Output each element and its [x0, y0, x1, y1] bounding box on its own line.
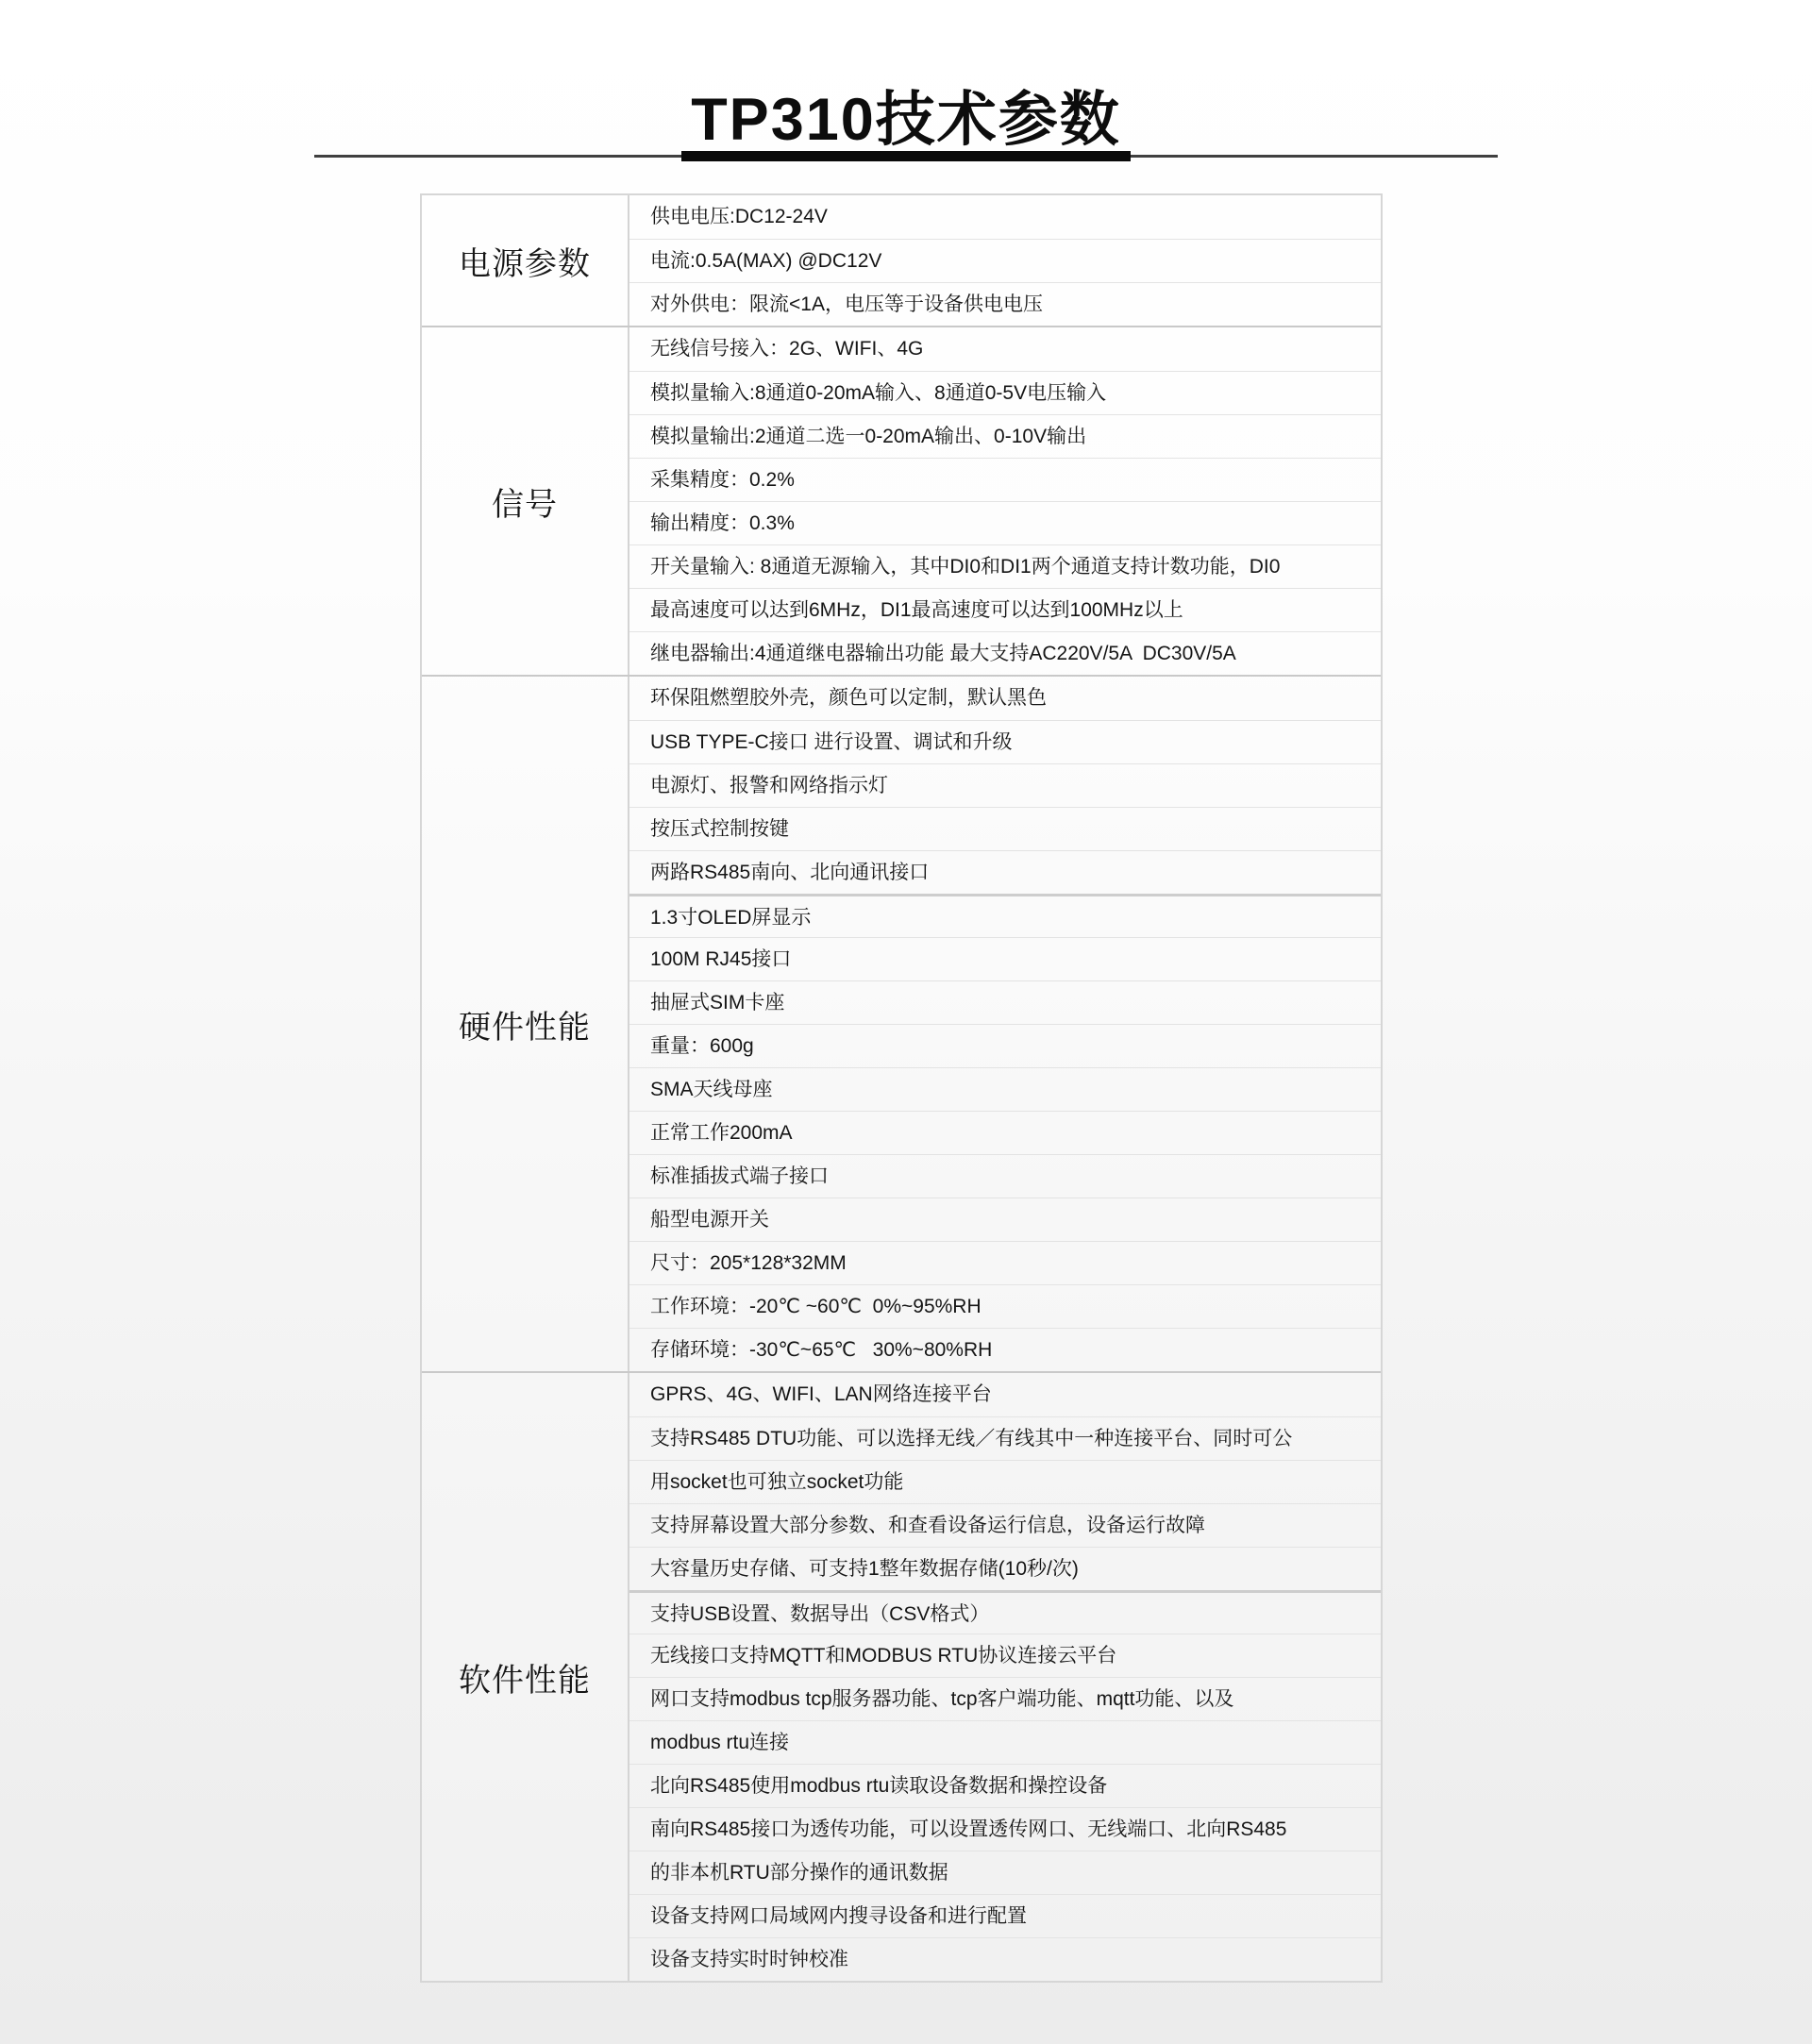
section-label: 硬件性能 — [422, 677, 629, 1371]
table-row: 大容量历史存储、可支持1整年数据存储(10秒/次) — [629, 1547, 1381, 1590]
table-row: 开关量输入: 8通道无源输入，其中DI0和DI1两个通道支持计数功能，DI0 — [629, 545, 1381, 588]
table-row: 模拟量输出:2通道二选一0-20mA输出、0-10V输出 — [629, 414, 1381, 458]
table-row: 标准插拔式端子接口 — [629, 1154, 1381, 1198]
table-row: USB TYPE-C接口 进行设置、调试和升级 — [629, 720, 1381, 763]
table-row: 最高速度可以达到6MHz，DI1最高速度可以达到100MHz以上 — [629, 588, 1381, 631]
table-row: 1.3寸OLED屏显示 — [629, 894, 1381, 937]
table-row: 无线信号接入：2G、WIFI、4G — [629, 327, 1381, 371]
spec-section: 电源参数供电电压:DC12-24V电流:0.5A(MAX) @DC12V对外供电… — [422, 195, 1381, 326]
divider-thick-bar — [681, 151, 1131, 161]
table-row: 继电器输出:4通道继电器输出功能 最大支持AC220V/5A DC30V/5A — [629, 631, 1381, 675]
table-row: modbus rtu连接 — [629, 1720, 1381, 1764]
table-row: SMA天线母座 — [629, 1067, 1381, 1111]
table-row: 对外供电：限流<1A，电压等于设备供电电压 — [629, 282, 1381, 326]
table-row: 存储环境：-30℃~65℃ 30%~80%RH — [629, 1328, 1381, 1371]
page-title: TP310技术参数 — [0, 72, 1812, 158]
table-row: 模拟量输入:8通道0-20mA输入、8通道0-5V电压输入 — [629, 371, 1381, 414]
section-rows: 环保阻燃塑胶外壳，颜色可以定制，默认黑色USB TYPE-C接口 进行设置、调试… — [629, 677, 1381, 1371]
spec-section: 软件性能GPRS、4G、WIFI、LAN网络连接平台支持RS485 DTU功能、… — [422, 1371, 1381, 1981]
section-rows: 无线信号接入：2G、WIFI、4G模拟量输入:8通道0-20mA输入、8通道0-… — [629, 327, 1381, 675]
table-row: 南向RS485接口为透传功能，可以设置透传网口、无线端口、北向RS485 — [629, 1807, 1381, 1851]
section-label: 电源参数 — [422, 195, 629, 326]
table-row: 北向RS485使用modbus rtu读取设备数据和操控设备 — [629, 1764, 1381, 1807]
title-divider — [0, 151, 1812, 162]
table-row: 抽屉式SIM卡座 — [629, 980, 1381, 1024]
table-row: 设备支持实时时钟校准 — [629, 1937, 1381, 1981]
spec-section: 硬件性能环保阻燃塑胶外壳，颜色可以定制，默认黑色USB TYPE-C接口 进行设… — [422, 675, 1381, 1371]
table-row: 电源灯、报警和网络指示灯 — [629, 763, 1381, 807]
table-row: 重量：600g — [629, 1024, 1381, 1067]
spec-section: 信号无线信号接入：2G、WIFI、4G模拟量输入:8通道0-20mA输入、8通道… — [422, 326, 1381, 675]
table-row: 尺寸：205*128*32MM — [629, 1241, 1381, 1284]
section-rows: 供电电压:DC12-24V电流:0.5A(MAX) @DC12V对外供电：限流<… — [629, 195, 1381, 326]
spec-table: 电源参数供电电压:DC12-24V电流:0.5A(MAX) @DC12V对外供电… — [420, 193, 1383, 1983]
table-row: 无线接口支持MQTT和MODBUS RTU协议连接云平台 — [629, 1634, 1381, 1677]
table-row: 支持RS485 DTU功能、可以选择无线／有线其中一种连接平台、同时可公 — [629, 1416, 1381, 1460]
section-label: 软件性能 — [422, 1373, 629, 1981]
section-label: 信号 — [422, 327, 629, 675]
table-row: 网口支持modbus tcp服务器功能、tcp客户端功能、mqtt功能、以及 — [629, 1677, 1381, 1720]
section-rows: GPRS、4G、WIFI、LAN网络连接平台支持RS485 DTU功能、可以选择… — [629, 1373, 1381, 1981]
table-row: 采集精度：0.2% — [629, 458, 1381, 501]
table-row: 船型电源开关 — [629, 1198, 1381, 1241]
table-row: 支持USB设置、数据导出（CSV格式） — [629, 1590, 1381, 1634]
table-row: 支持屏幕设置大部分参数、和查看设备运行信息，设备运行故障 — [629, 1503, 1381, 1547]
table-row: 100M RJ45接口 — [629, 937, 1381, 980]
table-row: 正常工作200mA — [629, 1111, 1381, 1154]
table-row: 输出精度：0.3% — [629, 501, 1381, 545]
table-row: 供电电压:DC12-24V — [629, 195, 1381, 239]
table-row: 环保阻燃塑胶外壳，颜色可以定制，默认黑色 — [629, 677, 1381, 720]
table-row: 的非本机RTU部分操作的通讯数据 — [629, 1851, 1381, 1894]
table-row: 按压式控制按键 — [629, 807, 1381, 850]
table-row: 设备支持网口局域网内搜寻设备和进行配置 — [629, 1894, 1381, 1937]
table-row: 用socket也可独立socket功能 — [629, 1460, 1381, 1503]
table-row: GPRS、4G、WIFI、LAN网络连接平台 — [629, 1373, 1381, 1416]
table-row: 两路RS485南向、北向通讯接口 — [629, 850, 1381, 894]
table-row: 工作环境：-20℃ ~60℃ 0%~95%RH — [629, 1284, 1381, 1328]
table-row: 电流:0.5A(MAX) @DC12V — [629, 239, 1381, 282]
